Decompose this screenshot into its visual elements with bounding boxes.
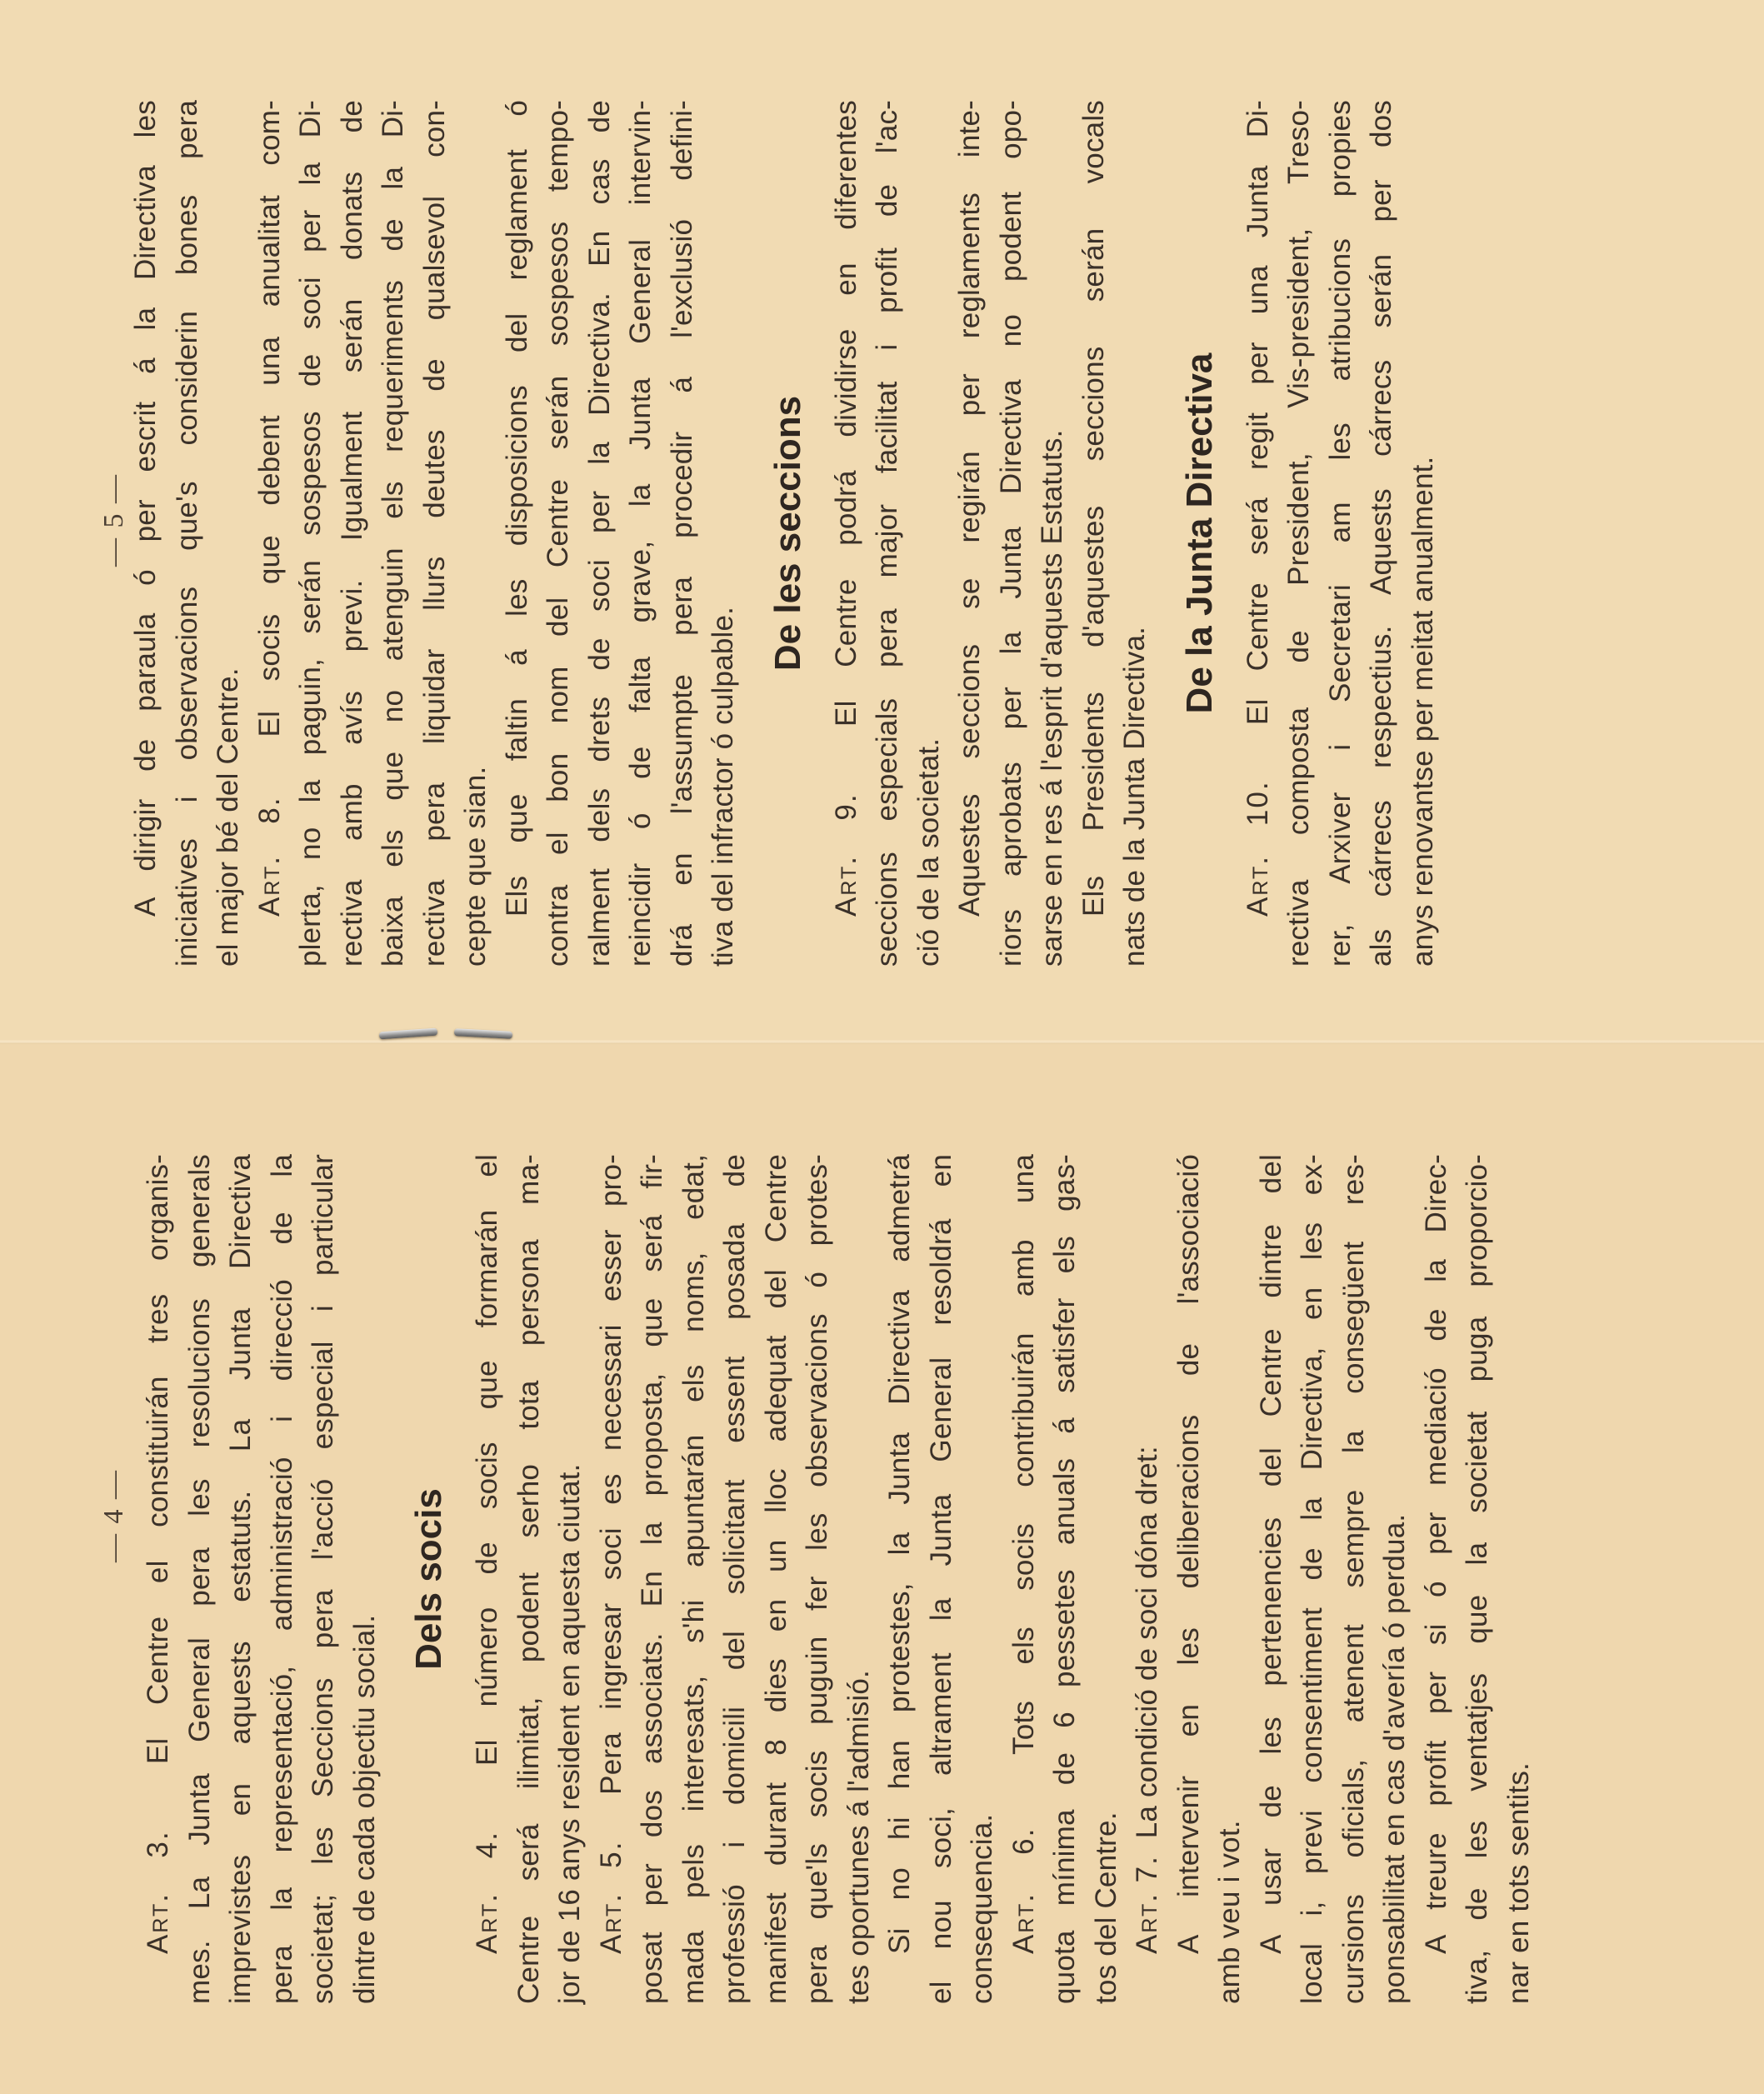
text-line: rectiva pera liquidar llurs deutes de qu… <box>414 100 456 967</box>
text-line: local i, previ consentiment de la Direct… <box>1292 1154 1333 2004</box>
paragraph: Art. 10. El Centre será regit per una Ju… <box>1237 100 1444 967</box>
line-text: riors aprobats per la Junta Directiva no… <box>995 100 1027 967</box>
text-line: tos del Centre. <box>1086 1154 1127 2004</box>
line-text: Si no hi han protestes, la Junta Directi… <box>883 1154 916 1954</box>
paragraph: A intervenir en les deliberacions de l'a… <box>1168 1154 1251 2004</box>
line-text: seccions especials pera major facilitat … <box>871 100 903 967</box>
paragraph: Art. 8. El socis que debent una anualita… <box>249 100 497 967</box>
article-label: Art. 6. <box>1007 1827 1040 1954</box>
line-text: cursions oficials, atenent sempre la con… <box>1337 1154 1370 2004</box>
line-text: dintre de cada objectiu social. <box>348 1615 381 2004</box>
line-text: tes oportunes á l'admisió. <box>842 1670 875 2004</box>
paragraph: Art. 9. El Centre podrá dividirse en dif… <box>826 100 950 967</box>
text-line: A treure profit per si ó per mediació de… <box>1416 1154 1457 2004</box>
line-text: societat; les Seccions pera l'acció espe… <box>307 1154 339 2004</box>
article-label: Art. 8. <box>253 797 286 917</box>
page-number-4: — 4 — <box>98 1469 130 1562</box>
text-line: cursions oficials, atenent sempre la con… <box>1333 1154 1375 2004</box>
text-line: Els que faltin á les disposicions del re… <box>497 100 538 967</box>
line-text: El socis que debent una anualitat com- <box>253 100 286 737</box>
line-text: A intervenir en les deliberacions de l'a… <box>1172 1154 1205 1954</box>
line-text: Aquestes seccions se regirán per reglame… <box>953 100 986 917</box>
line-text: A dirigir de paraula ó per escrit á la D… <box>129 100 162 917</box>
line-text: el major bé del Centre. <box>212 667 244 967</box>
line-text: baixa els que no atenguin els requerimen… <box>377 100 409 967</box>
text-line: pera que'ls socis puguin fer les observa… <box>797 1154 838 2004</box>
text-line: Centre será ilimitat, podent serho tota … <box>508 1154 550 2004</box>
line-text: ció de la societat. <box>912 738 945 967</box>
text-line: pera la representació, administració i d… <box>262 1154 303 2004</box>
line-text: mada pels interesats, s'hi apuntarán els… <box>677 1154 710 2004</box>
line-text: Centre será ilimitat, podent serho tota … <box>512 1154 545 2004</box>
text-line: nats de la Junta Directiva. <box>1114 100 1156 967</box>
text-line: iniciatives i observacions que's conside… <box>167 100 208 967</box>
text-line: Art. 8. El socis que debent una anualita… <box>249 100 291 967</box>
paragraph: Art. 3. El Centre el constituirán tres o… <box>137 1154 385 2004</box>
text-line: ció de la societat. <box>908 100 950 967</box>
text-line: professió i domicili del solicitant esse… <box>714 1154 756 2004</box>
text-line: imprevistes en aquests estatuts. La Junt… <box>220 1154 262 2004</box>
article-label: Art. 5. <box>595 1841 627 1954</box>
text-line: baixa els que no atenguin els requerimen… <box>372 100 414 967</box>
page-5-content: A dirigir de paraula ó per escrit á la D… <box>125 100 1608 967</box>
section-heading: De les seccions <box>759 100 817 967</box>
line-text: A usar de les pertenencies del Centre di… <box>1255 1154 1287 1954</box>
text-line: Art. 10. El Centre será regit per una Ju… <box>1237 100 1279 967</box>
line-text: reincidir ó de falta grave, la Junta Gen… <box>624 100 657 967</box>
paragraph: A dirigir de paraula ó per escrit á la D… <box>125 100 249 967</box>
line-text: nats de la Junta Directiva. <box>1118 627 1151 967</box>
line-text: El Centre será regit per una Junta Di- <box>1242 100 1274 725</box>
line-text: A treure profit per si ó per mediació de… <box>1420 1154 1452 1954</box>
text-line: quota mínima de 6 pessetes anuals á sati… <box>1044 1154 1086 2004</box>
text-line: riors aprobats per la Junta Directiva no… <box>991 100 1032 967</box>
line-text: Els que faltin á les disposicions del re… <box>501 100 533 917</box>
text-line: anys renovantse per meitat anualment. <box>1402 100 1444 967</box>
text-line: ralment dels drets de soci per la Direct… <box>579 100 621 967</box>
line-text: quota mínima de 6 pessetes anuals á sati… <box>1048 1154 1081 2004</box>
text-line: nar en tots sentits. <box>1498 1154 1540 2004</box>
line-text: contra el bon nom del Centre serán sospe… <box>542 100 574 967</box>
paragraph: A usar de les pertenencies del Centre di… <box>1251 1154 1416 2004</box>
text-line: consequencia. <box>962 1154 1003 2004</box>
text-line: el nou soci, altrament la Junta General … <box>921 1154 962 2004</box>
line-text: nar en tots sentits. <box>1502 1762 1535 2004</box>
text-line: mes. La Junta General pera les resolucio… <box>179 1154 221 2004</box>
article-label: Art. 4. <box>471 1831 503 1954</box>
line-text: pera que'ls socis puguin fer les observa… <box>801 1154 833 2004</box>
text-line: dintre de cada objectiu social. <box>344 1154 386 2004</box>
text-line: als cárrecs respectius. Aquests cárrecs … <box>1361 100 1402 967</box>
article-label: Art. 9. <box>830 792 862 917</box>
text-line: Aquestes seccions se regirán per reglame… <box>949 100 991 967</box>
text-line: Art. 7. La condició de soci dóna dret: <box>1127 1154 1168 2004</box>
line-text: sarse en res á l'esprit d'aquests Estatu… <box>1036 430 1068 967</box>
line-text: rectiva amb avís previ. Igualment serán … <box>336 100 368 967</box>
line-text: La condició de soci dóna dret: <box>1131 1446 1163 1838</box>
text-line: plerta, no la paguin, serán sospesos de … <box>290 100 332 967</box>
paragraph: Si no hi han protestes, la Junta Directi… <box>879 1154 1003 2004</box>
text-line: rectiva composta de President, Vis-presi… <box>1278 100 1320 967</box>
text-line: seccions especials pera major facilitat … <box>867 100 908 967</box>
line-text: drá en l'assumpte pera procedir á l'excl… <box>666 100 698 967</box>
line-text: rectiva composta de President, Vis-presi… <box>1282 100 1315 967</box>
text-line: sarse en res á l'esprit d'aquests Estatu… <box>1032 100 1073 967</box>
article-label: Art. 10. <box>1242 780 1274 917</box>
text-line: A intervenir en les deliberacions de l'a… <box>1168 1154 1210 2004</box>
line-text: el nou soci, altrament la Junta General … <box>925 1154 957 2004</box>
paragraph: Art. 5. Pera ingresar soci es necessari … <box>591 1154 880 2004</box>
line-text: local i, previ consentiment de la Direct… <box>1296 1154 1328 2004</box>
article-label: Art. 7. <box>1131 1855 1163 1954</box>
text-line: tiva, de les ventatjes que la societat p… <box>1457 1154 1498 2004</box>
text-line: mada pels interesats, s'hi apuntarán els… <box>673 1154 715 2004</box>
line-text: posat per dos associats. En la proposta,… <box>636 1154 668 2004</box>
text-line: Art. 3. El Centre el constituirán tres o… <box>137 1154 179 2004</box>
text-line: reincidir ó de falta grave, la Junta Gen… <box>620 100 662 967</box>
line-text: jor de 16 anys resident en aquesta ciuta… <box>553 1463 586 2004</box>
line-text: consequencia. <box>966 1814 998 2004</box>
text-line: posat per dos associats. En la proposta,… <box>632 1154 673 2004</box>
line-text: anys renovantse per meitat anualment. <box>1407 457 1439 967</box>
text-line: cepte que sian. <box>455 100 497 967</box>
page-4-content: Art. 3. El Centre el constituirán tres o… <box>137 1154 1621 2004</box>
line-text: cepte que sian. <box>459 767 492 967</box>
paragraph: Art. 7. La condició de soci dóna dret: <box>1127 1154 1168 2004</box>
line-text: amb veu i vot. <box>1213 1820 1246 2004</box>
section-heading: Dels socis <box>400 1154 458 2004</box>
center-fold <box>0 1039 1764 1044</box>
text-line: el major bé del Centre. <box>207 100 249 967</box>
line-text: professió i domicili del solicitant esse… <box>718 1154 751 2004</box>
line-text: ralment dels drets de soci per la Direct… <box>583 100 616 967</box>
line-text: iniciatives i observacions que's conside… <box>171 100 203 967</box>
line-text: Pera ingresar soci es necessari esser pr… <box>595 1154 627 1795</box>
text-line: Art. 9. El Centre podrá dividirse en dif… <box>826 100 867 967</box>
text-line: A dirigir de paraula ó per escrit á la D… <box>125 100 167 967</box>
line-text: mes. La Junta General pera les resolucio… <box>183 1154 216 2004</box>
line-text: El número de socis que formarán el <box>471 1154 503 1766</box>
text-line: amb veu i vot. <box>1209 1154 1251 2004</box>
text-line: A usar de les pertenencies del Centre di… <box>1251 1154 1292 2004</box>
text-line: tes oportunes á l'admisió. <box>838 1154 880 2004</box>
text-line: contra el bon nom del Centre serán sospe… <box>537 100 579 967</box>
text-line: tiva del infractor ó culpable. <box>702 100 744 967</box>
text-line: rer, Arxiver i Secretari am les atribuci… <box>1320 100 1362 967</box>
text-line: Art. 5. Pera ingresar soci es necessari … <box>591 1154 632 2004</box>
paragraph: Aquestes seccions se regirán per reglame… <box>949 100 1073 967</box>
line-text: El Centre el constituirán tres organis- <box>142 1154 174 1764</box>
line-text: rectiva pera liquidar llurs deutes de qu… <box>418 100 451 967</box>
text-line: jor de 16 anys resident en aquesta ciuta… <box>549 1154 591 2004</box>
text-line: rectiva amb avís previ. Igualment serán … <box>332 100 373 967</box>
line-text: ponsabilitat en cas d'avería ó perdua. <box>1378 1514 1411 2004</box>
text-line: manifest durant 8 dies en un lloc adequa… <box>756 1154 797 2004</box>
line-text: Tots els socis contribuirán amb una <box>1007 1154 1040 1755</box>
line-text: als cárrecs respectius. Aquests cárrecs … <box>1365 100 1397 967</box>
text-line: societat; les Seccions pera l'acció espe… <box>302 1154 344 2004</box>
line-text: pera la representació, administració i d… <box>266 1154 298 2004</box>
line-text: imprevistes en aquests estatuts. La Junt… <box>224 1154 257 2004</box>
text-line: drá en l'assumpte pera procedir á l'excl… <box>662 100 703 967</box>
text-line: Els Presidents d'aquestes seccions serán… <box>1073 100 1115 967</box>
line-text: tos del Centre. <box>1090 1812 1122 2004</box>
text-line: Art. 4. El número de socis que formarán … <box>467 1154 508 2004</box>
line-text: tiva del infractor ó culpable. <box>707 607 739 967</box>
line-text: manifest durant 8 dies en un lloc adequa… <box>760 1154 792 2004</box>
line-text: El Centre podrá dividirse en diferentes <box>830 100 862 727</box>
text-line: ponsabilitat en cas d'avería ó perdua. <box>1374 1154 1416 2004</box>
line-text: tiva, de les ventatjes que la societat p… <box>1461 1154 1493 2004</box>
article-label: Art. 3. <box>142 1830 174 1954</box>
text-line: Si no hi han protestes, la Junta Directi… <box>879 1154 921 2004</box>
paragraph: Els Presidents d'aquestes seccions serán… <box>1073 100 1156 967</box>
line-text: rer, Arxiver i Secretari am les atribuci… <box>1324 100 1357 967</box>
paragraph: Art. 6. Tots els socis contribuirán amb … <box>1003 1154 1127 2004</box>
paragraph: Art. 4. El número de socis que formarán … <box>467 1154 591 2004</box>
text-line: Art. 6. Tots els socis contribuirán amb … <box>1003 1154 1045 2004</box>
section-heading: De la Junta Directiva <box>1171 100 1229 967</box>
line-text: Els Presidents d'aquestes seccions serán… <box>1077 100 1110 917</box>
paragraph: A treure profit per si ó per mediació de… <box>1416 1154 1540 2004</box>
paragraph: Els que faltin á les disposicions del re… <box>497 100 744 967</box>
line-text: plerta, no la paguin, serán sospesos de … <box>294 100 327 967</box>
